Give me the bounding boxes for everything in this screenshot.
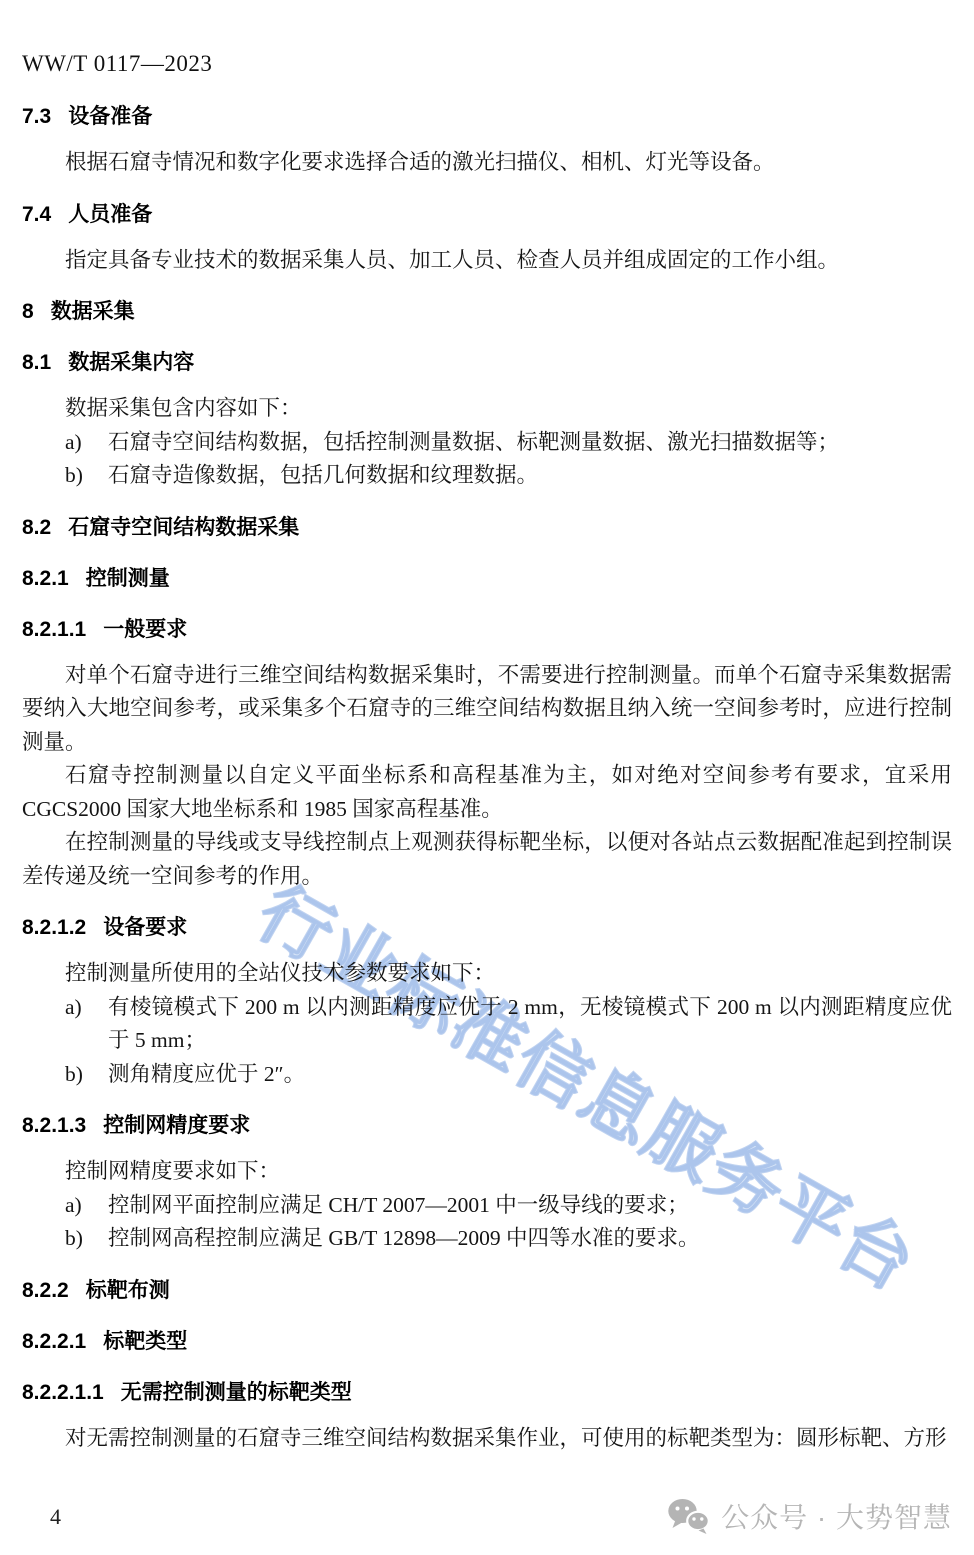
list-item-marker: a) — [65, 1189, 108, 1223]
section-number: 8.1 — [22, 350, 51, 376]
section-title: 数据采集内容 — [68, 350, 194, 376]
heading-8.2: 8.2 石窟寺空间结构数据采集 — [22, 515, 952, 541]
section-title: 一般要求 — [103, 617, 187, 643]
section-number: 8.2.2.1.1 — [22, 1380, 104, 1406]
list-item-text: 石窟寺造像数据，包括几何数据和纹理数据。 — [108, 459, 952, 493]
heading-7.3: 7.3 设备准备 — [22, 104, 952, 130]
document-content: WW/T 0117—2023 7.3 设备准备 根据石窟寺情况和数字化要求选择合… — [22, 50, 952, 1455]
paragraph: 石窟寺控制测量以自定义平面坐标系和高程基准为主，如对绝对空间参考有要求，宜采用C… — [22, 759, 952, 826]
section-title: 设备准备 — [68, 104, 152, 130]
section-number: 8 — [22, 299, 34, 325]
heading-8.2.2.1: 8.2.2.1 标靶类型 — [22, 1329, 952, 1355]
list-item-text: 石窟寺空间结构数据，包括控制测量数据、标靶测量数据、激光扫描数据等； — [108, 426, 952, 460]
paragraph: 指定具备专业技术的数据采集人员、加工人员、检查人员并组成固定的工作小组。 — [22, 244, 952, 278]
paragraph: 根据石窟寺情况和数字化要求选择合适的激光扫描仪、相机、灯光等设备。 — [22, 146, 952, 180]
section-number: 7.4 — [22, 202, 51, 228]
section-number: 8.2.1.2 — [22, 915, 86, 941]
heading-8.2.1.3: 8.2.1.3 控制网精度要求 — [22, 1113, 952, 1139]
list-item: b) 测角精度应优于 2″。 — [65, 1058, 952, 1092]
paragraph: 数据采集包含内容如下： — [22, 392, 952, 426]
heading-8.2.1.1: 8.2.1.1 一般要求 — [22, 617, 952, 643]
section-title: 人员准备 — [68, 202, 152, 228]
list-item: a) 有棱镜模式下 200 m 以内测距精度应优于 2 mm，无棱镜模式下 20… — [65, 991, 952, 1058]
paragraph: 对无需控制测量的石窟寺三维空间结构数据采集作业，可使用的标靶类型为：圆形标靶、方… — [22, 1422, 952, 1456]
section-title: 设备要求 — [103, 915, 187, 941]
list-item-text: 测角精度应优于 2″。 — [108, 1058, 952, 1092]
section-number: 8.2.1.1 — [22, 617, 86, 643]
list-item: b) 控制网高程控制应满足 GB/T 12898—2009 中四等水准的要求。 — [65, 1222, 952, 1256]
list-item-text: 控制网高程控制应满足 GB/T 12898—2009 中四等水准的要求。 — [108, 1222, 952, 1256]
list-item: b) 石窟寺造像数据，包括几何数据和纹理数据。 — [65, 459, 952, 493]
list-item-marker: a) — [65, 991, 108, 1058]
section-number: 8.2.2.1 — [22, 1329, 86, 1355]
heading-8.1: 8.1 数据采集内容 — [22, 350, 952, 376]
section-number: 8.2.1.3 — [22, 1113, 86, 1139]
heading-8.2.1: 8.2.1 控制测量 — [22, 566, 952, 592]
section-number: 8.2.2 — [22, 1278, 69, 1304]
section-title: 标靶类型 — [103, 1329, 187, 1355]
list-item-text: 控制网平面控制应满足 CH/T 2007—2001 中一级导线的要求； — [108, 1189, 952, 1223]
section-number: 8.2.1 — [22, 566, 69, 592]
heading-7.4: 7.4 人员准备 — [22, 202, 952, 228]
list-item-marker: b) — [65, 1222, 108, 1256]
standard-number-header: WW/T 0117—2023 — [22, 50, 952, 78]
list-item: a) 石窟寺空间结构数据，包括控制测量数据、标靶测量数据、激光扫描数据等； — [65, 426, 952, 460]
list-item-marker: b) — [65, 459, 108, 493]
document-page: 行业标准信息服务平台 WW/T 0117—2023 7.3 设备准备 根据石窟寺… — [0, 0, 974, 1555]
paragraph: 在控制测量的导线或支导线控制点上观测获得标靶坐标，以便对各站点云数据配准起到控制… — [22, 826, 952, 893]
paragraph: 控制网精度要求如下： — [22, 1155, 952, 1189]
wechat-account-label: 公众号 · 大势智慧 — [721, 1496, 952, 1536]
list-item: a) 控制网平面控制应满足 CH/T 2007—2001 中一级导线的要求； — [65, 1189, 952, 1223]
wechat-account-badge: 公众号 · 大势智慧 — [667, 1496, 952, 1536]
list-item-marker: b) — [65, 1058, 108, 1092]
section-title: 标靶布测 — [86, 1278, 170, 1304]
section-title: 石窟寺空间结构数据采集 — [68, 515, 299, 541]
page-number: 4 — [50, 1504, 61, 1530]
section-number: 8.2 — [22, 515, 51, 541]
section-number: 7.3 — [22, 104, 51, 130]
heading-8.2.1.2: 8.2.1.2 设备要求 — [22, 915, 952, 941]
section-title: 控制测量 — [86, 566, 170, 592]
paragraph: 控制测量所使用的全站仪技术参数要求如下： — [22, 957, 952, 991]
section-title: 数据采集 — [51, 299, 135, 325]
list-item-text: 有棱镜模式下 200 m 以内测距精度应优于 2 mm，无棱镜模式下 200 m… — [108, 991, 952, 1058]
wechat-icon — [667, 1498, 710, 1535]
heading-8.2.2: 8.2.2 标靶布测 — [22, 1278, 952, 1304]
heading-8.2.2.1.1: 8.2.2.1.1 无需控制测量的标靶类型 — [22, 1380, 952, 1406]
section-title: 控制网精度要求 — [103, 1113, 250, 1139]
section-title: 无需控制测量的标靶类型 — [121, 1380, 352, 1406]
paragraph: 对单个石窟寺进行三维空间结构数据采集时，不需要进行控制测量。而单个石窟寺采集数据… — [22, 659, 952, 760]
document-body: 7.3 设备准备 根据石窟寺情况和数字化要求选择合适的激光扫描仪、相机、灯光等设… — [22, 104, 952, 1455]
heading-8: 8 数据采集 — [22, 299, 952, 325]
list-item-marker: a) — [65, 426, 108, 460]
